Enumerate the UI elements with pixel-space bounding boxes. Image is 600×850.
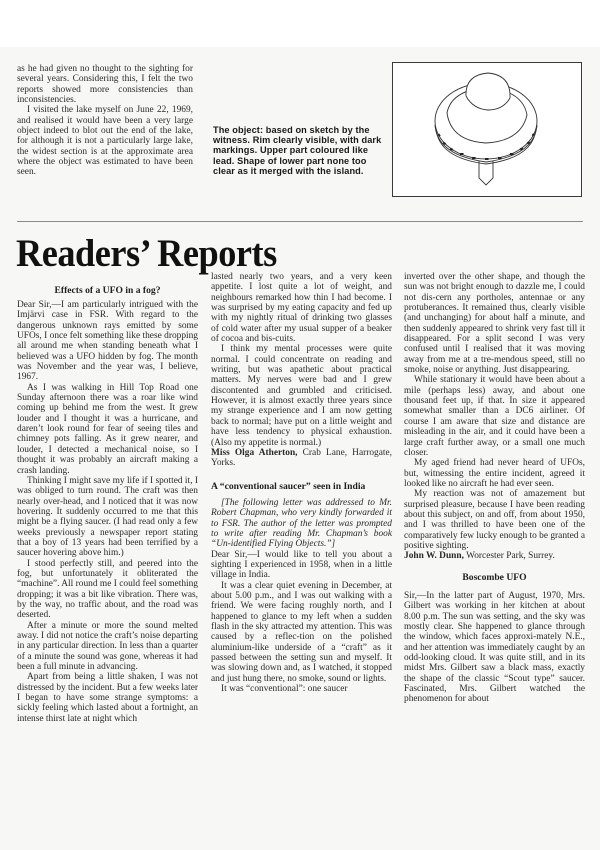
column-2: lasted nearly two years, and a very keen… [211,272,392,694]
article-heading-ufo-fog: Effects of a UFO in a fog? [17,286,198,298]
figure-caption: The object: based on sketch by the witne… [213,125,389,176]
paragraph: Apart from being a little shaken, I was … [17,672,198,724]
editor-note: [The following letter was addressed to M… [211,498,392,550]
paragraph: I think my mental processes were quite n… [211,344,392,447]
article-heading: Effects of a UFO in a fog? [17,286,198,296]
paragraph: Sir,—In the latter part of August, 1970,… [404,591,585,705]
paragraph: It was “conventional”: one saucer [211,684,392,694]
paragraph: My aged friend had never heard of UFOs, … [404,458,585,489]
section-divider [17,221,583,222]
signature-name: John W. Dunn, [404,551,464,561]
column-1: Dear Sir,—I am particularly intrigued wi… [17,300,198,724]
ufo-sketch-figure [392,62,582,197]
paragraph: My reaction was not of amazement but sur… [404,489,585,551]
paragraph: I visited the lake myself on June 22, 19… [17,105,193,177]
paragraph: Dear Sir,—I am particularly intrigued wi… [17,300,198,383]
paragraph: as he had given no thought to the sighti… [17,64,193,105]
paragraph: Thinking I might save my life if I spott… [17,476,198,559]
column-3: inverted over the other shape, and thoug… [404,272,585,705]
paragraph: It was a clear quiet evening in December… [211,581,392,684]
continued-article-text: as he had given no thought to the sighti… [17,64,193,178]
signature-place: Worcester Park, Surrey. [466,551,555,561]
paragraph: While stationary it would have been abou… [404,375,585,458]
section-title: Readers’ Reports [16,232,277,276]
signature-name: Miss Olga Atherton, [211,448,298,458]
paragraph: I stood perfectly still, and peered into… [17,559,198,621]
signature: Miss Olga Atherton, Crab Lane, Harrogate… [211,448,392,469]
paragraph: lasted nearly two years, and a very keen… [211,272,392,344]
paragraph: inverted over the other shape, and thoug… [404,272,585,375]
paragraph: After a minute or more the sound melted … [17,621,198,673]
article-heading: A “conventional saucer” seen in India [211,482,392,492]
paragraph: Dear Sir,—I would like to tell you about… [211,550,392,581]
paragraph: As I was walking in Hill Top Road one Su… [17,383,198,476]
signature: John W. Dunn, Worcester Park, Surrey. [404,551,585,561]
ufo-sketch-icon [393,63,580,195]
article-heading: Boscombe UFO [404,573,585,583]
